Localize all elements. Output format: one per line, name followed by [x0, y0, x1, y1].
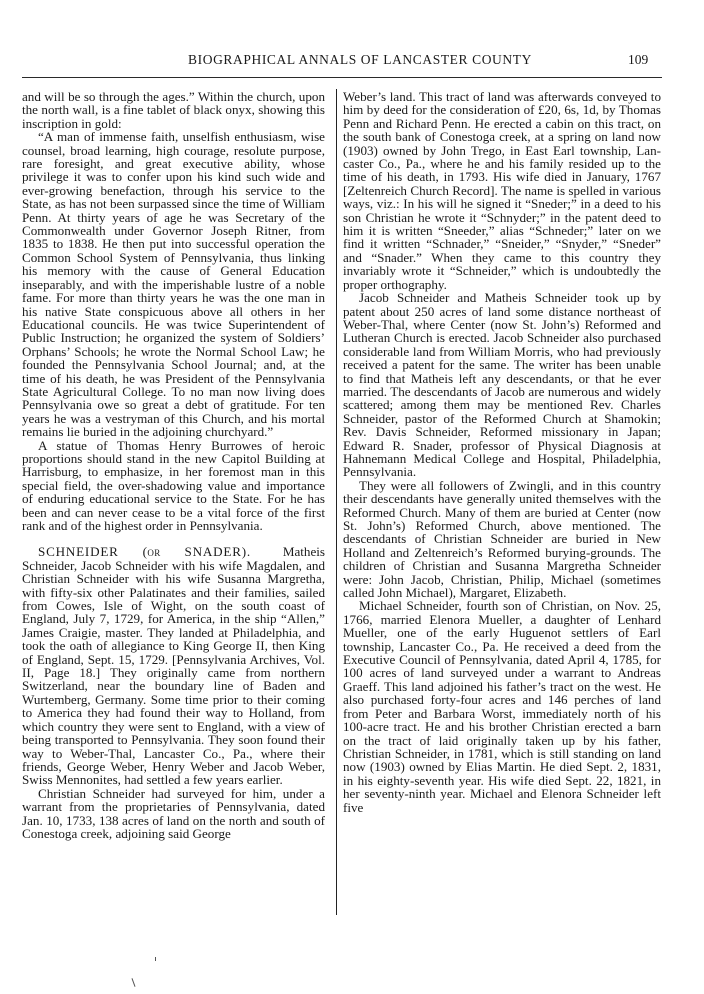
paragraph: and will be so through the ages.” Within… [22, 90, 325, 130]
left-column: and will be so through the ages.” Within… [22, 90, 325, 840]
paragraph-inscription: “A man of immense faith, unselfish enthu… [22, 130, 325, 438]
right-column: Weber’s land. This tract of land was aft… [343, 90, 661, 814]
running-title: BIOGRAPHICAL ANNALS OF LANCASTER COUNTY [140, 52, 580, 68]
entry-paragraph: SCHNEIDER (or SNADER). Matheis Schneider… [22, 545, 325, 786]
paragraph: Weber’s land. This tract of land was aft… [343, 90, 661, 291]
paragraph: A statue of Thomas Henry Burrowes of her… [22, 439, 325, 533]
page-header: BIOGRAPHICAL ANNALS OF LANCASTER COUNTY … [0, 52, 704, 72]
page-number: 109 [628, 52, 648, 68]
scan-speck [131, 978, 135, 987]
paragraph: Christian Schneider had surveyed for him… [22, 787, 325, 841]
column-divider [336, 89, 337, 915]
header-rule [22, 77, 662, 78]
scan-speck [155, 957, 156, 961]
paragraph: They were all followers of Zwingli, and … [343, 479, 661, 600]
paragraph: Michael Schneider, fourth son of Christi… [343, 599, 661, 814]
entry-text: Matheis Schneider, Jacob Schneider with … [22, 544, 325, 787]
paragraph: Jacob Schneider and Matheis Schneider to… [343, 291, 661, 479]
